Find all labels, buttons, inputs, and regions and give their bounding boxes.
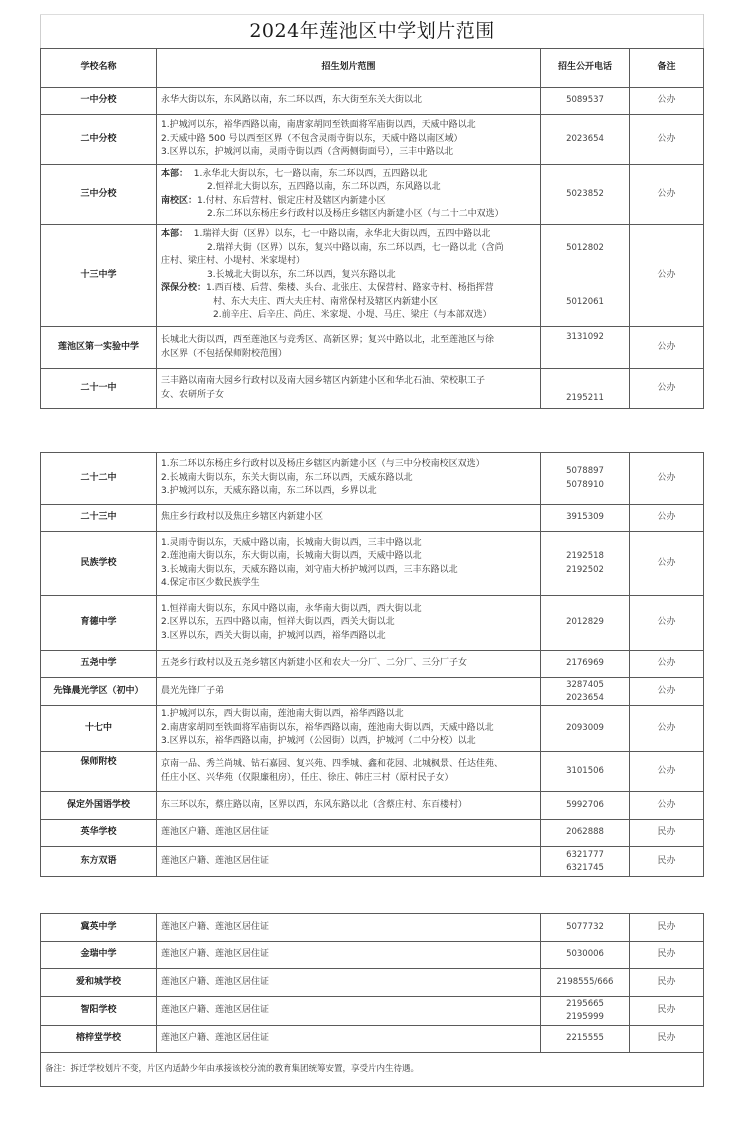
table-row: 东方双语 莲池区户籍、莲池区居住证 6321777 6321745 民办	[41, 847, 704, 877]
phone: 5077732	[541, 914, 630, 942]
table-row: 三中分校 本部： 1.永华北大街以东，七一路以南，东二环以西，五四路以北 2.恒…	[41, 165, 704, 225]
range-line: 2.瑞祥大街（区界）以东，复兴中路以南，东二环以西，七一路以北（含尚	[161, 242, 536, 256]
school-type: 公办	[630, 792, 704, 820]
zoning-range: 1.护城河以东，西大街以南，莲池南大街以西，裕华西路以北 2.南唐家胡同至铁面将…	[157, 706, 541, 752]
table-row: 十三中学 本部： 1.瑞祥大街（区界）以东，七一中路以南，永华北大街以西，五四中…	[41, 225, 704, 327]
phone: 2195665 2195999	[541, 997, 630, 1026]
range-line: 焦庄乡行政村以及焦庄乡辖区内新建小区	[161, 511, 536, 525]
school-type: 公办	[630, 706, 704, 752]
school-name: 先锋晨光学区（初中）	[41, 678, 157, 706]
zoning-range: 莲池区户籍、莲池区居住证	[157, 969, 541, 997]
zoning-range: 莲池区户籍、莲池区居住证	[157, 820, 541, 847]
phone-number: 2093009	[545, 722, 625, 736]
range-line: 深保分校：1.西百楼、后营、柴楼、头台、北张庄、太保营村、路家寺村、杨指挥营	[161, 282, 536, 296]
phone: 5012802 5012061	[541, 225, 630, 327]
header-note: 备注	[630, 49, 704, 88]
range-line: 3.区界以东，护城河以南，灵雨寺街以西（含两侧街面号），三丰中路以北	[161, 146, 536, 160]
phone: 5030006	[541, 942, 630, 969]
school-name: 二十一中	[41, 369, 157, 409]
school-type: 民办	[630, 914, 704, 942]
range-line: 2.区界以东，五四中路以南，恒祥大街以西，西关大街以北	[161, 616, 536, 630]
phone: 5992706	[541, 792, 630, 820]
phone: 2093009	[541, 706, 630, 752]
campus-label: 深保分校：	[161, 283, 206, 293]
zoning-table-part-2: 二十二中 1.东二环以东杨庄乡行政村以及杨庄乡辖区内新建小区（与三中分校南校区双…	[40, 452, 704, 877]
school-name: 莲池区第一实验中学	[41, 327, 157, 369]
range-line: 村、东大夫庄、西大夫庄村、南常保村及辖区内新建小区	[161, 296, 536, 310]
range-line: 庄村、梁庄村、小堤村、米家堤村）	[161, 255, 536, 269]
phone-number: 2192502	[545, 564, 625, 578]
table-block-1: 2024年莲池区中学划片范围 学校名称 招生划片范围 招生公开电话 备注 一中分…	[40, 14, 703, 409]
school-name: 东方双语	[41, 847, 157, 877]
phone: 3131092	[541, 327, 630, 369]
school-type: 公办	[630, 225, 704, 327]
zoning-range: 三丰路以南南大园乡行政村以及南大园乡辖区内新建小区和华北石油、荣校职工子 女、农…	[157, 369, 541, 409]
table-row: 二十一中 三丰路以南南大园乡行政村以及南大园乡辖区内新建小区和华北石油、荣校职工…	[41, 369, 704, 409]
range-line: 莲池区户籍、莲池区居住证	[161, 826, 536, 840]
table-row: 二中分校 1.护城河以东，裕华西路以南，南唐家胡同至铁面将军庙街以西，天威中路以…	[41, 115, 704, 165]
school-type: 公办	[630, 752, 704, 792]
range-line: 晨光先锋厂子弟	[161, 685, 536, 699]
phone-number: 2192518	[545, 550, 625, 564]
school-name: 榕梓堂学校	[41, 1026, 157, 1053]
school-type: 公办	[630, 596, 704, 651]
table-block-3: 冀英中学 莲池区户籍、莲池区居住证 5077732 民办 金瑞中学 莲池区户籍、…	[40, 913, 703, 1087]
school-type: 民办	[630, 1026, 704, 1053]
school-type: 民办	[630, 820, 704, 847]
phone: 5078897 5078910	[541, 453, 630, 505]
phone-number: 2176969	[545, 657, 625, 671]
range-line: 1.恒祥南大街以东，东风中路以南，永华南大街以西，西大街以北	[161, 603, 536, 617]
table-row: 爱和城学校 莲池区户籍、莲池区居住证 2198555/666 民办	[41, 969, 704, 997]
range-line: 2.前辛庄、后辛庄、尚庄、米家堤、小堤、马庄、梁庄（与本部双选）	[161, 309, 536, 323]
range-line: 女、农研所子女	[161, 389, 536, 403]
range-line: 南校区：1.付村、东后营村、银定庄村及辖区内新建小区	[161, 195, 536, 209]
school-type: 公办	[630, 505, 704, 532]
range-line: 1.护城河以东，西大街以南，莲池南大街以西，裕华西路以北	[161, 708, 536, 722]
phone: 2062888	[541, 820, 630, 847]
phone-number: 5077732	[545, 921, 625, 935]
phone: 2195211	[541, 369, 630, 409]
table-row: 民族学校 1.灵雨寺街以东，天威中路以南，长城南大街以西，三丰中路以北 2.莲池…	[41, 532, 704, 596]
zoning-range: 莲池区户籍、莲池区居住证	[157, 942, 541, 969]
phone-number: 2012829	[545, 616, 625, 630]
range-line: 3.长城南大街以东，天威东路以南，刘守庙大桥护城河以西，三丰东路以北	[161, 564, 536, 578]
school-name: 十三中学	[41, 225, 157, 327]
phone: 2198555/666	[541, 969, 630, 997]
phone-number: 3101506	[545, 765, 625, 779]
zoning-range: 本部： 1.永华北大街以东，七一路以南，东二环以西，五四路以北 2.恒祥北大街以…	[157, 165, 541, 225]
phone-number: 5078910	[545, 479, 625, 493]
range-line: 东三环以东，蔡庄路以南，区界以西，东风东路以北（含蔡庄村、东百楼村）	[161, 799, 536, 813]
table-row: 英华学校 莲池区户籍、莲池区居住证 2062888 民办	[41, 820, 704, 847]
school-type: 公办	[630, 678, 704, 706]
campus-label: 本部：	[161, 229, 188, 239]
phone-number: 2023654	[545, 133, 625, 147]
range-line: 2.天威中路 500 号以西至区界（不包含灵雨寺街以东，天威中路以南区域）	[161, 133, 536, 147]
table-block-2: 二十二中 1.东二环以东杨庄乡行政村以及杨庄乡辖区内新建小区（与三中分校南校区双…	[40, 452, 703, 877]
table-row: 莲池区第一实验中学 长城北大街以西，西至莲池区与竞秀区、高新区界；复兴中路以北，…	[41, 327, 704, 369]
range-line: 2.南唐家胡同至铁面将军庙街以东，裕华西路以南，莲池南大街以西，天威中路以北	[161, 722, 536, 736]
range-line: 2.长城南大街以东，东关大街以南，东二环以西，天威东路以北	[161, 472, 536, 486]
phone-number: 6321777	[545, 849, 625, 862]
range-line: 3.长城北大街以东，东二环以西，复兴东路以北	[161, 269, 536, 283]
phone: 3915309	[541, 505, 630, 532]
range-line: 1.护城河以东，裕华西路以南，南唐家胡同至铁面将军庙街以西，天威中路以北	[161, 119, 536, 133]
school-type: 公办	[630, 165, 704, 225]
range-line: 莲池区户籍、莲池区居住证	[161, 1032, 536, 1046]
phone-number: 2195211	[545, 392, 625, 406]
school-name: 保师附校	[41, 752, 157, 792]
range-line: 京南一品、秀兰尚城、钻石嘉园、复兴苑、四季城、鑫和花园、北城枫景、任达佳苑、	[161, 758, 536, 772]
table-row: 保师附校 京南一品、秀兰尚城、钻石嘉园、复兴苑、四季城、鑫和花园、北城枫景、任达…	[41, 752, 704, 792]
range-line: 本部： 1.瑞祥大街（区界）以东，七一中路以南，永华北大街以西，五四中路以北	[161, 228, 536, 242]
range-line: 3.护城河以东，天威东路以南，东二环以西，乡界以北	[161, 485, 536, 499]
range-line: 三丰路以南南大园乡行政村以及南大园乡辖区内新建小区和华北石油、荣校职工子	[161, 375, 536, 389]
school-name: 十七中	[41, 706, 157, 752]
header-phone: 招生公开电话	[541, 49, 630, 88]
phone: 2215555	[541, 1026, 630, 1053]
zoning-range: 1.东二环以东杨庄乡行政村以及杨庄乡辖区内新建小区（与三中分校南校区双选） 2.…	[157, 453, 541, 505]
phone-number: 5012802	[545, 242, 625, 256]
school-name: 爱和城学校	[41, 969, 157, 997]
range-line: 任庄小区、兴华苑（仅限廉租房），任庄、徐庄、韩庄三村（原村民子女）	[161, 772, 536, 786]
phone-number: 3287405	[545, 679, 625, 692]
range-line: 莲池区户籍、莲池区居住证	[161, 1004, 536, 1018]
zoning-range: 1.灵雨寺街以东，天威中路以南，长城南大街以西，三丰中路以北 2.莲池南大街以东…	[157, 532, 541, 596]
campus-label: 南校区：	[161, 196, 197, 206]
range-line: 2.东二环以东杨庄乡行政村以及杨庄乡辖区内新建小区（与二十二中双选）	[161, 208, 536, 222]
header-school-name: 学校名称	[41, 49, 157, 88]
footnote-row: 备注：拆迁学校划片不变，片区内适龄少年由承接该校分流的教育集团统筹安置，享受片内…	[41, 1053, 704, 1087]
table-row: 智阳学校 莲池区户籍、莲池区居住证 2195665 2195999 民办	[41, 997, 704, 1026]
school-type: 公办	[630, 88, 704, 115]
zoning-table-part-1: 2024年莲池区中学划片范围 学校名称 招生划片范围 招生公开电话 备注 一中分…	[40, 14, 704, 409]
school-type: 民办	[630, 969, 704, 997]
school-name: 二中分校	[41, 115, 157, 165]
phone-number: 2062888	[545, 826, 625, 840]
school-type: 公办	[630, 532, 704, 596]
phone-number: 5012061	[545, 296, 625, 310]
phone-number: 2023654	[545, 692, 625, 705]
phone: 6321777 6321745	[541, 847, 630, 877]
table-row: 二十二中 1.东二环以东杨庄乡行政村以及杨庄乡辖区内新建小区（与三中分校南校区双…	[41, 453, 704, 505]
phone-number: 5089537	[545, 94, 625, 108]
zoning-range: 莲池区户籍、莲池区居住证	[157, 847, 541, 877]
school-type: 民办	[630, 847, 704, 877]
phone-number: 2215555	[545, 1032, 625, 1046]
school-type: 民办	[630, 942, 704, 969]
school-name: 二十二中	[41, 453, 157, 505]
table-row: 榕梓堂学校 莲池区户籍、莲池区居住证 2215555 民办	[41, 1026, 704, 1053]
phone: 5023852	[541, 165, 630, 225]
table-row: 五尧中学 五尧乡行政村以及五尧乡辖区内新建小区和农大一分厂、二分厂、三分厂子女 …	[41, 651, 704, 678]
school-name: 三中分校	[41, 165, 157, 225]
header-zoning-range: 招生划片范围	[157, 49, 541, 88]
table-row: 先锋晨光学区（初中） 晨光先锋厂子弟 3287405 2023654 公办	[41, 678, 704, 706]
phone: 2192518 2192502	[541, 532, 630, 596]
zoning-range: 永华大街以东，东风路以南，东二环以西，东大街至东关大街以北	[157, 88, 541, 115]
school-name: 五尧中学	[41, 651, 157, 678]
school-name: 育德中学	[41, 596, 157, 651]
range-line: 永华大街以东，东风路以南，东二环以西，东大街至东关大街以北	[161, 94, 536, 108]
table-row: 金瑞中学 莲池区户籍、莲池区居住证 5030006 民办	[41, 942, 704, 969]
title-row: 2024年莲池区中学划片范围	[41, 15, 704, 49]
phone-number: 3915309	[545, 511, 625, 525]
zoning-range: 晨光先锋厂子弟	[157, 678, 541, 706]
footnote: 备注：拆迁学校划片不变，片区内适龄少年由承接该校分流的教育集团统筹安置，享受片内…	[41, 1053, 704, 1087]
header-row: 学校名称 招生划片范围 招生公开电话 备注	[41, 49, 704, 88]
school-name: 英华学校	[41, 820, 157, 847]
range-line: 4.保定市区少数民族学生	[161, 577, 536, 591]
zoning-range: 本部： 1.瑞祥大街（区界）以东，七一中路以南，永华北大街以西，五四中路以北 2…	[157, 225, 541, 327]
table-row: 十七中 1.护城河以东，西大街以南，莲池南大街以西，裕华西路以北 2.南唐家胡同…	[41, 706, 704, 752]
phone: 5089537	[541, 88, 630, 115]
range-line: 3.区界以东，西关大街以南，护城河以西，裕华西路以北	[161, 630, 536, 644]
phone-number: 2198555/666	[545, 976, 625, 990]
range-line: 本部： 1.永华北大街以东，七一路以南，东二环以西，五四路以北	[161, 168, 536, 182]
school-type: 公办	[630, 651, 704, 678]
table-row: 育德中学 1.恒祥南大街以东，东风中路以南，永华南大街以西，西大街以北 2.区界…	[41, 596, 704, 651]
phone-number: 5030006	[545, 948, 625, 962]
table-row: 保定外国语学校 东三环以东，蔡庄路以南，区界以西，东风东路以北（含蔡庄村、东百楼…	[41, 792, 704, 820]
phone: 2023654	[541, 115, 630, 165]
zoning-range: 长城北大街以西，西至莲池区与竞秀区、高新区界；复兴中路以北，北至莲池区与徐 水区…	[157, 327, 541, 369]
school-name: 民族学校	[41, 532, 157, 596]
phone-number: 2195665	[545, 998, 625, 1011]
range-line: 莲池区户籍、莲池区居住证	[161, 976, 536, 990]
range-line: 水区界（不包括保师附校范围）	[161, 348, 536, 362]
zoning-range: 东三环以东，蔡庄路以南，区界以西，东风东路以北（含蔡庄村、东百楼村）	[157, 792, 541, 820]
phone: 2176969	[541, 651, 630, 678]
range-line: 1.东二环以东杨庄乡行政村以及杨庄乡辖区内新建小区（与三中分校南校区双选）	[161, 458, 536, 472]
phone-number: 5023852	[545, 188, 625, 202]
zoning-range: 1.恒祥南大街以东，东风中路以南，永华南大街以西，西大街以北 2.区界以东，五四…	[157, 596, 541, 651]
school-type: 公办	[630, 453, 704, 505]
school-type: 公办	[630, 115, 704, 165]
zoning-range: 五尧乡行政村以及五尧乡辖区内新建小区和农大一分厂、二分厂、三分厂子女	[157, 651, 541, 678]
phone: 3287405 2023654	[541, 678, 630, 706]
range-line: 2.恒祥北大街以东，五四路以南，东二环以西，东风路以北	[161, 181, 536, 195]
phone-number: 5992706	[545, 799, 625, 813]
school-name: 金瑞中学	[41, 942, 157, 969]
zoning-range: 焦庄乡行政村以及焦庄乡辖区内新建小区	[157, 505, 541, 532]
school-name: 一中分校	[41, 88, 157, 115]
range-line: 1.灵雨寺街以东，天威中路以南，长城南大街以西，三丰中路以北	[161, 537, 536, 551]
zoning-range: 莲池区户籍、莲池区居住证	[157, 914, 541, 942]
school-name: 冀英中学	[41, 914, 157, 942]
zoning-table-part-3: 冀英中学 莲池区户籍、莲池区居住证 5077732 民办 金瑞中学 莲池区户籍、…	[40, 913, 704, 1087]
zoning-range: 莲池区户籍、莲池区居住证	[157, 1026, 541, 1053]
zoning-range: 1.护城河以东，裕华西路以南，南唐家胡同至铁面将军庙街以西，天威中路以北 2.天…	[157, 115, 541, 165]
page-title: 2024年莲池区中学划片范围	[41, 15, 704, 49]
range-line: 莲池区户籍、莲池区居住证	[161, 921, 536, 935]
table-row: 二十三中 焦庄乡行政村以及焦庄乡辖区内新建小区 3915309 公办	[41, 505, 704, 532]
range-line: 五尧乡行政村以及五尧乡辖区内新建小区和农大一分厂、二分厂、三分厂子女	[161, 657, 536, 671]
range-line: 3.区界以东，裕华西路以南，护城河（公园街）以西，护城河（二中分校）以北	[161, 735, 536, 749]
school-name: 保定外国语学校	[41, 792, 157, 820]
range-line: 莲池区户籍、莲池区居住证	[161, 948, 536, 962]
phone-number: 5078897	[545, 465, 625, 479]
school-name: 智阳学校	[41, 997, 157, 1026]
zoning-range: 莲池区户籍、莲池区居住证	[157, 997, 541, 1026]
table-row: 冀英中学 莲池区户籍、莲池区居住证 5077732 民办	[41, 914, 704, 942]
phone-number: 2195999	[545, 1011, 625, 1024]
school-type: 民办	[630, 997, 704, 1026]
school-type: 公办	[630, 369, 704, 409]
phone-number: 3131092	[545, 331, 625, 345]
school-name: 二十三中	[41, 505, 157, 532]
range-line: 莲池区户籍、莲池区居住证	[161, 855, 536, 869]
table-row: 一中分校 永华大街以东，东风路以南，东二环以西，东大街至东关大街以北 50895…	[41, 88, 704, 115]
phone: 3101506	[541, 752, 630, 792]
phone: 2012829	[541, 596, 630, 651]
campus-label: 本部：	[161, 169, 188, 179]
range-line: 2.莲池南大街以东，东大街以南，长城南大街以西，天威中路以北	[161, 550, 536, 564]
school-type: 公办	[630, 327, 704, 369]
range-line: 长城北大街以西，西至莲池区与竞秀区、高新区界；复兴中路以北，北至莲池区与徐	[161, 334, 536, 348]
zoning-range: 京南一品、秀兰尚城、钻石嘉园、复兴苑、四季城、鑫和花园、北城枫景、任达佳苑、 任…	[157, 752, 541, 792]
phone-number: 6321745	[545, 862, 625, 875]
